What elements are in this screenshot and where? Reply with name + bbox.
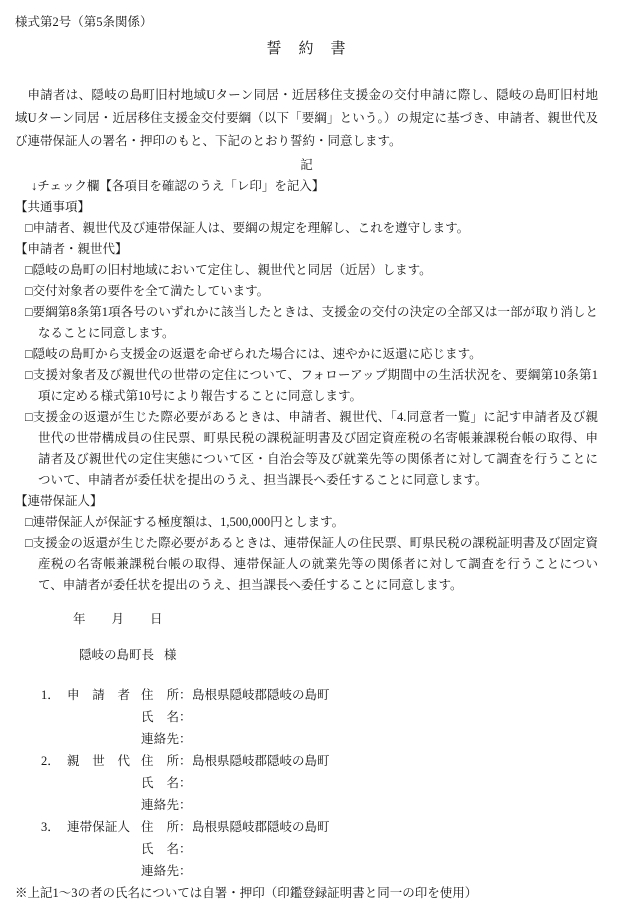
check-item-text: 支援金の返還が生じた際必要があるときは、連帯保証人の住民票、町県民税の課税証明書… — [33, 536, 598, 592]
field-colon: ： — [179, 684, 192, 706]
check-item: □支援金の返還が生じた際必要があるときは、連帯保証人の住民票、町県民税の課税証明… — [25, 533, 598, 596]
checkbox-icon[interactable]: □ — [25, 284, 33, 298]
signer-row: 3．連帯保証人住所：島根県隠岐郡隠岐の島町 — [41, 816, 598, 838]
field-value: 島根県隠岐郡隠岐の島町 — [192, 684, 330, 706]
field-colon: ： — [179, 750, 192, 772]
signer-who: 2．親世代 — [41, 750, 141, 772]
intro-paragraph: 申請者は、隠岐の島町旧村地域Uターン同居・近居移住支援金の交付申請に際し、隠岐の… — [15, 84, 598, 153]
pledge-document-page: 様式第2号（第5条関係） 誓 約 書 申請者は、隠岐の島町旧村地域Uターン同居・… — [0, 0, 630, 903]
check-item: □支援対象者及び親世代の世帯の定住について、フォローアップ期間中の生活状況を、要… — [25, 365, 598, 407]
check-item-text: 支援金の返還が生じた際必要があるときは、申請者、親世代、「4.同意者一覧」に記す… — [33, 410, 598, 487]
field-label: 氏名 — [141, 706, 179, 728]
checkbox-icon[interactable]: □ — [25, 368, 33, 382]
signer-role: 申請者 — [67, 684, 130, 706]
signer-number: 3． — [41, 816, 67, 838]
checkbox-icon[interactable]: □ — [25, 410, 33, 424]
date-month-label: 月 — [112, 612, 125, 626]
check-item: □隠岐の島町から支援金の返還を命ぜられた場合には、速やかに返還に応じます。 — [25, 344, 598, 365]
signer-role: 連帯保証人 — [67, 816, 130, 838]
field-label: 住所 — [141, 816, 179, 838]
signer-who: 3．連帯保証人 — [41, 816, 141, 838]
signature-footnote: ※上記1～3の者の氏名については自署・押印（印鑑登録証明書と同一の印を使用） — [15, 883, 598, 903]
signer-who — [41, 728, 141, 750]
signer-who — [41, 860, 141, 882]
signer-role: 親世代 — [67, 750, 130, 772]
signer-who — [41, 794, 141, 816]
check-item-text: 隠岐の島町の旧村地域において定住し、親世代と同居（近居）します。 — [33, 263, 432, 277]
section-heading: 【申請者・親世代】 — [15, 239, 598, 260]
field-value: 島根県隠岐郡隠岐の島町 — [192, 750, 330, 772]
signer-row: 2．親世代住所：島根県隠岐郡隠岐の島町 — [41, 750, 598, 772]
check-item-text: 交付対象者の要件を全て満たしています。 — [33, 284, 270, 298]
field-value: 島根県隠岐郡隠岐の島町 — [192, 816, 330, 838]
field-colon: ： — [179, 706, 192, 728]
checkbox-instruction: ↓チェック欄【各項目を確認のうえ「レ印」を記入】 — [31, 176, 598, 197]
checkbox-icon[interactable]: □ — [25, 515, 33, 529]
signer-who — [41, 838, 141, 860]
signature-block: 1．申請者住所：島根県隠岐郡隠岐の島町氏名：連絡先：2．親世代住所：島根県隠岐郡… — [15, 684, 598, 882]
check-item: □要綱第8条第1項各号のいずれかに該当したときは、支援金の交付の決定の全部又は一… — [25, 302, 598, 344]
section-heading: 【連帯保証人】 — [15, 491, 598, 512]
field-label: 住所 — [141, 750, 179, 772]
signer-row: 連絡先： — [41, 860, 598, 882]
signer-who: 1．申請者 — [41, 684, 141, 706]
signer-who — [41, 706, 141, 728]
check-item: □隠岐の島町の旧村地域において定住し、親世代と同居（近居）します。 — [25, 260, 598, 281]
signer-who — [41, 772, 141, 794]
checkbox-icon[interactable]: □ — [25, 536, 33, 550]
check-item-text: 支援対象者及び親世代の世帯の定住について、フォローアップ期間中の生活状況を、要綱… — [33, 368, 598, 403]
signer-row: 氏名： — [41, 838, 598, 860]
date-year-label: 年 — [73, 612, 86, 626]
check-item-text: 申請者、親世代及び連帯保証人は、要綱の規定を理解し、これを遵守します。 — [33, 221, 470, 235]
field-label: 連絡先 — [141, 794, 179, 816]
checkbox-icon[interactable]: □ — [25, 221, 33, 235]
check-item: □連帯保証人が保証する極度額は、1,500,000円とします。 — [25, 512, 598, 533]
check-item: □申請者、親世代及び連帯保証人は、要綱の規定を理解し、これを遵守します。 — [25, 218, 598, 239]
check-item: □支援金の返還が生じた際必要があるときは、申請者、親世代、「4.同意者一覧」に記… — [25, 407, 598, 491]
field-label: 氏名 — [141, 838, 179, 860]
field-label: 住所 — [141, 684, 179, 706]
checkbox-icon[interactable]: □ — [25, 263, 33, 277]
addressee-title: 隠岐の島町長 — [79, 648, 154, 662]
checkbox-icon[interactable]: □ — [25, 305, 33, 319]
addressee-honorific: 様 — [164, 648, 177, 662]
addressee-line: 隠岐の島町長様 — [79, 644, 598, 666]
form-number: 様式第2号（第5条関係） — [15, 12, 598, 32]
section-heading: 【共通事項】 — [15, 197, 598, 218]
field-colon: ： — [179, 860, 192, 882]
field-colon: ： — [179, 728, 192, 750]
field-label: 氏名 — [141, 772, 179, 794]
check-item: □交付対象者の要件を全て満たしています。 — [25, 281, 598, 302]
signer-row: 氏名： — [41, 772, 598, 794]
ki-mark: 記 — [15, 155, 598, 176]
checklist-sections: 【共通事項】□申請者、親世代及び連帯保証人は、要綱の規定を理解し、これを遵守しま… — [15, 197, 598, 596]
document-title: 誓 約 書 — [15, 38, 598, 60]
signer-row: 氏名： — [41, 706, 598, 728]
check-item-text: 隠岐の島町から支援金の返還を命ぜられた場合には、速やかに返還に応じます。 — [33, 347, 482, 361]
field-colon: ： — [179, 772, 192, 794]
signer-row: 連絡先： — [41, 794, 598, 816]
check-item-text: 要綱第8条第1項各号のいずれかに該当したときは、支援金の交付の決定の全部又は一部… — [33, 305, 598, 340]
date-line: 年月日 — [73, 608, 598, 630]
signer-number: 1． — [41, 684, 67, 706]
field-colon: ： — [179, 794, 192, 816]
field-colon: ： — [179, 816, 192, 838]
field-colon: ： — [179, 838, 192, 860]
date-day-label: 日 — [150, 612, 163, 626]
check-item-text: 連帯保証人が保証する極度額は、1,500,000円とします。 — [33, 515, 345, 529]
field-label: 連絡先 — [141, 860, 179, 882]
signer-number: 2． — [41, 750, 67, 772]
signer-row: 連絡先： — [41, 728, 598, 750]
field-label: 連絡先 — [141, 728, 179, 750]
checkbox-icon[interactable]: □ — [25, 347, 33, 361]
signer-row: 1．申請者住所：島根県隠岐郡隠岐の島町 — [41, 684, 598, 706]
